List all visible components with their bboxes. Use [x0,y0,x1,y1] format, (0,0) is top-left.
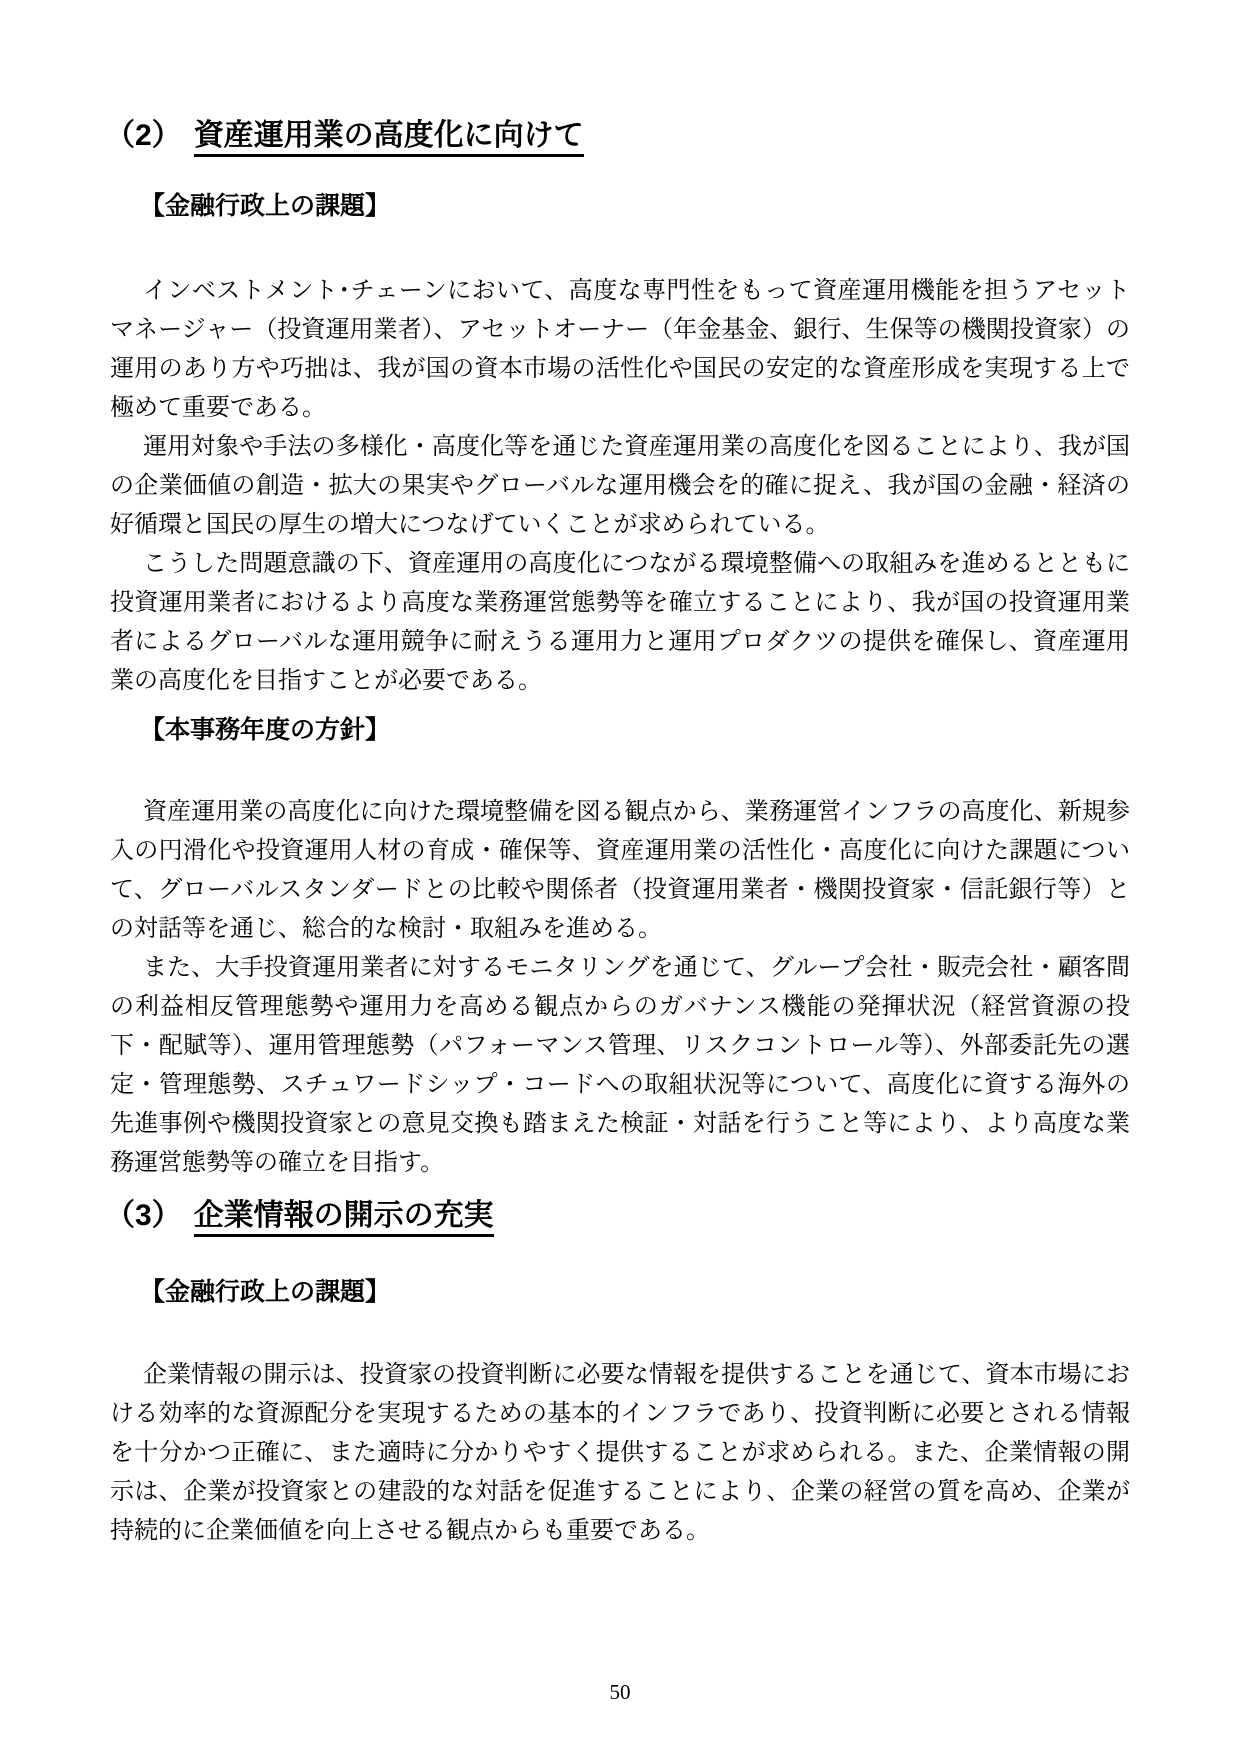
paragraph: こうした問題意識の下、資産運用の高度化につながる環境整備への取組みを進めるととも… [110,544,1130,700]
paragraph: 企業情報の開示は、投資家の投資判断に必要な情報を提供することを通じて、資本市場に… [110,1355,1130,1550]
page-number: 50 [0,1680,1240,1704]
section-2-number: （2） [105,119,182,152]
subsection-heading-kadai-1: 【金融行政上の課題】 [140,190,1130,222]
subsection-heading-hoshin: 【本事務年度の方針】 [140,714,1130,746]
document-page: （2）資産運用業の高度化に向けて 【金融行政上の課題】 インベストメント･チェー… [0,0,1240,1755]
section-3-heading: （3）企業情報の開示の充実 [105,1198,1130,1234]
page-content: （2）資産運用業の高度化に向けて 【金融行政上の課題】 インベストメント･チェー… [110,0,1130,1550]
paragraph: 資産運用業の高度化に向けた環境整備を図る観点から、業務運営インフラの高度化、新規… [110,792,1130,948]
section-2-heading: （2）資産運用業の高度化に向けて [105,118,1130,154]
section-3-title: 企業情報の開示の充実 [194,1199,494,1237]
subsection-heading-kadai-2: 【金融行政上の課題】 [140,1276,1130,1308]
section-3-number: （3） [105,1199,182,1232]
paragraph: また、大手投資運用業者に対するモニタリングを通じて、グループ会社・販売会社・顧客… [110,948,1130,1182]
paragraph: 運用対象や手法の多様化・高度化等を通じた資産運用業の高度化を図ることにより、我が… [110,427,1130,544]
paragraph: インベストメント･チェーンにおいて、高度な専門性をもって資産運用機能を担うアセッ… [110,271,1130,427]
section-2-title: 資産運用業の高度化に向けて [194,119,584,157]
